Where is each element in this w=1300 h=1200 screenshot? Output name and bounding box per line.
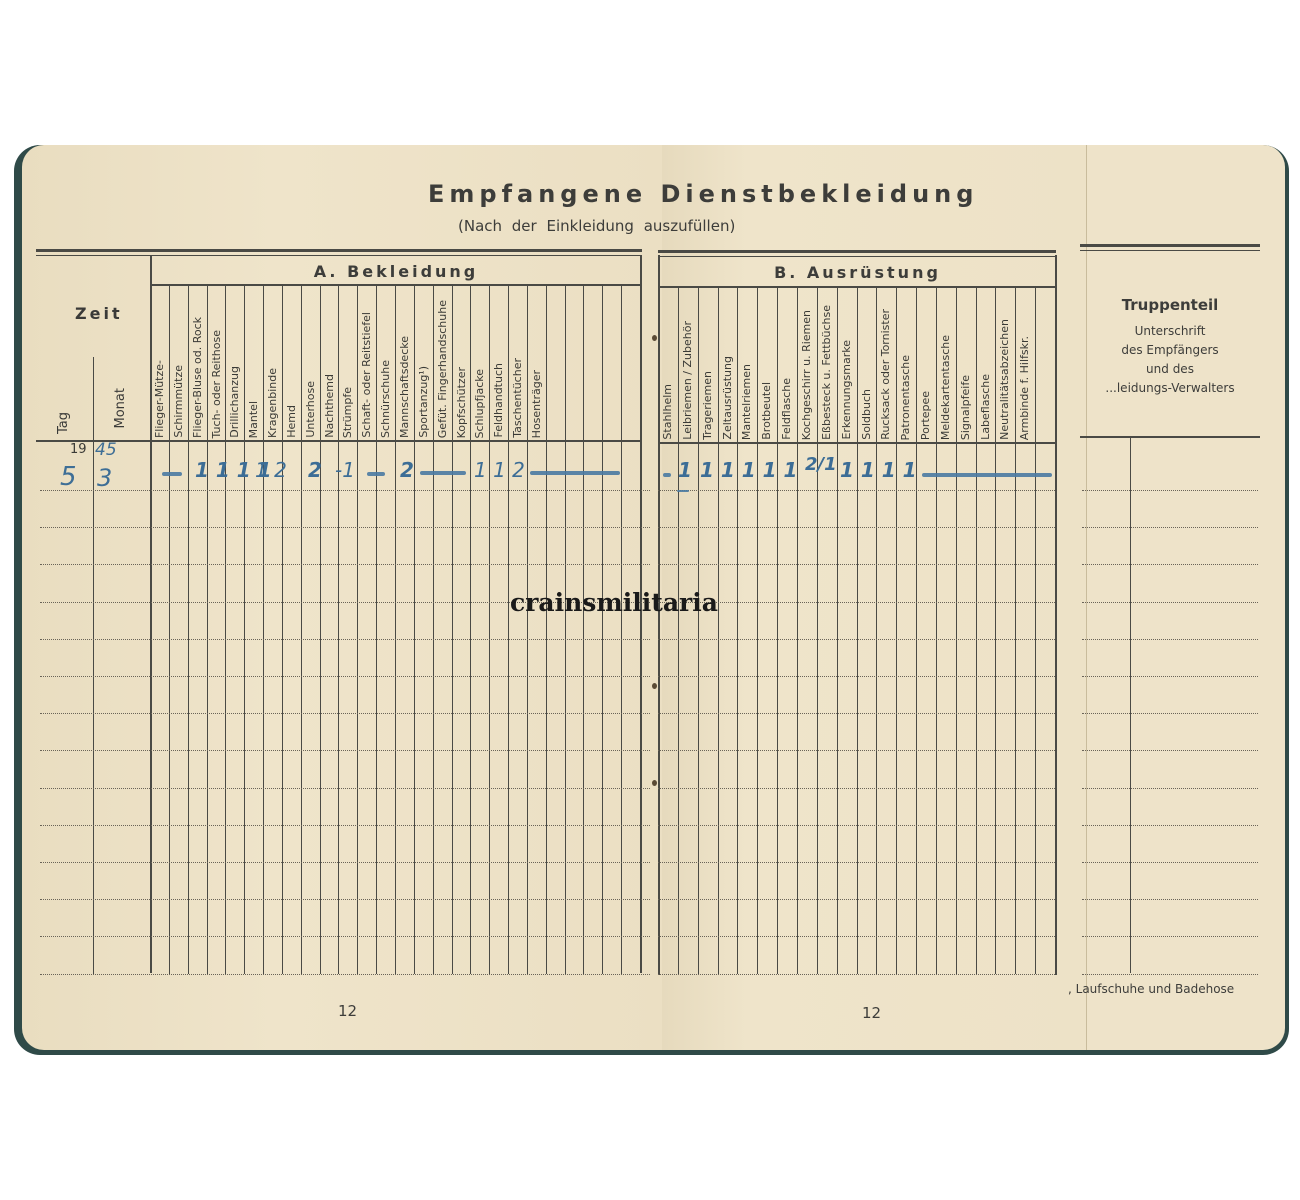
entry-row-line[interactable] bbox=[1082, 788, 1258, 789]
column-header-b: Portepee bbox=[920, 391, 931, 440]
column-divider bbox=[376, 286, 377, 974]
column-divider bbox=[817, 288, 818, 974]
column-header-a: Hosenträger bbox=[531, 370, 542, 438]
column-divider bbox=[169, 286, 170, 974]
truppenteil-label: Truppenteil bbox=[1080, 296, 1260, 314]
entry-row-line[interactable] bbox=[1082, 676, 1258, 677]
section-b-right-border bbox=[1055, 255, 1057, 975]
column-header-b: Zeltausrüstung bbox=[722, 356, 733, 440]
ink-entry: 2 bbox=[400, 458, 414, 482]
column-divider bbox=[433, 286, 434, 974]
column-header-b: Feldflasche bbox=[781, 378, 792, 440]
column-header-b: Brotbeutel bbox=[761, 382, 772, 440]
entry-row-line[interactable] bbox=[40, 713, 650, 714]
column-divider bbox=[470, 286, 471, 974]
column-divider bbox=[244, 286, 245, 974]
zeit-label: Zeit bbox=[75, 304, 123, 323]
entry-row-line[interactable] bbox=[40, 788, 650, 789]
column-header-b: Leibriemen / Zubehör bbox=[682, 321, 693, 440]
section-a-left-border bbox=[150, 255, 152, 973]
entry-row-line[interactable] bbox=[40, 974, 650, 975]
column-divider bbox=[546, 286, 547, 974]
ink-entry: -1 bbox=[335, 458, 355, 482]
ink-entry: 1 bbox=[678, 458, 692, 482]
column-divider bbox=[777, 288, 778, 974]
column-divider bbox=[718, 288, 719, 974]
column-header-a: Kopfschützer bbox=[456, 367, 467, 438]
entry-row-line[interactable] bbox=[40, 825, 650, 826]
top-rule-left-thin bbox=[36, 255, 642, 256]
column-header-a: Flieger-Bluse od. Rock bbox=[192, 317, 203, 438]
column-divider bbox=[995, 288, 996, 974]
column-divider bbox=[188, 286, 189, 974]
flap-divider bbox=[1130, 438, 1131, 973]
column-header-a: Unterhose bbox=[305, 381, 316, 438]
tag-handwritten: 5 bbox=[60, 462, 77, 492]
year-prefix: 19 bbox=[70, 442, 87, 457]
column-divider bbox=[876, 288, 877, 974]
column-header-b: Mantelriemen bbox=[741, 364, 752, 440]
column-divider bbox=[338, 286, 339, 974]
entry-row-line[interactable] bbox=[1082, 713, 1258, 714]
staple-hole bbox=[652, 335, 657, 341]
monat-label: Monat bbox=[113, 388, 128, 428]
column-header-a: Schirmmütze bbox=[173, 365, 184, 438]
column-divider bbox=[1035, 288, 1036, 974]
flap-line-3: und des bbox=[1080, 362, 1260, 376]
entry-row-line[interactable] bbox=[1082, 639, 1258, 640]
column-header-b: Meldekartentasche bbox=[940, 335, 951, 440]
column-divider bbox=[489, 286, 490, 974]
column-divider bbox=[207, 286, 208, 974]
column-divider bbox=[936, 288, 937, 974]
column-header-a: Kragenbinde bbox=[267, 368, 278, 438]
column-divider bbox=[583, 286, 584, 974]
section-b-label: B. Ausrüstung bbox=[658, 263, 1057, 282]
entry-row-line[interactable] bbox=[658, 639, 1055, 640]
entry-row-line[interactable] bbox=[40, 899, 650, 900]
column-header-a: Feldhandtuch bbox=[493, 363, 504, 438]
entry-row-line[interactable] bbox=[40, 676, 650, 677]
entry-row-line[interactable] bbox=[40, 527, 650, 528]
column-header-b: Signalpfeife bbox=[960, 375, 971, 440]
page-number-right: 12 bbox=[862, 1004, 881, 1022]
column-header-b: Soldbuch bbox=[861, 389, 872, 440]
ink-dash bbox=[367, 472, 385, 476]
page-title: Empfangene Dienstbekleidung bbox=[428, 180, 978, 208]
entry-row-line[interactable] bbox=[40, 750, 650, 751]
fold-out-flap bbox=[1086, 145, 1285, 1050]
entry-row-line[interactable] bbox=[40, 490, 650, 491]
column-header-b: Trageriemen bbox=[702, 371, 713, 440]
staple-hole bbox=[652, 683, 657, 689]
ink-entry: 1 1 1 1 bbox=[840, 458, 917, 482]
column-divider bbox=[301, 286, 302, 974]
ink-underline bbox=[677, 490, 689, 492]
flap-rule-top-thin bbox=[1080, 250, 1260, 251]
flap-line-2: des Empfängers bbox=[1080, 343, 1260, 357]
section-a-header-rule bbox=[150, 284, 642, 286]
flap-header-rule bbox=[1080, 436, 1260, 438]
section-a-label: A. Bekleidung bbox=[150, 262, 642, 281]
entry-row-line[interactable] bbox=[1082, 564, 1258, 565]
column-divider bbox=[797, 288, 798, 974]
entry-row-line[interactable] bbox=[658, 750, 1055, 751]
column-divider bbox=[508, 286, 509, 974]
page-number-left: 12 bbox=[338, 1002, 357, 1020]
entry-row-line[interactable] bbox=[1082, 750, 1258, 751]
entry-row-line[interactable] bbox=[658, 527, 1055, 528]
ink-entry: 1 1 2 bbox=[474, 458, 525, 482]
ink-dash bbox=[420, 471, 466, 475]
column-header-a: Mannschaftsdecke bbox=[399, 336, 410, 438]
column-divider bbox=[896, 288, 897, 974]
column-divider bbox=[737, 288, 738, 974]
top-rule-left bbox=[36, 249, 642, 252]
column-divider bbox=[678, 288, 679, 974]
entry-row-line[interactable] bbox=[1082, 862, 1258, 863]
column-header-b: Patronentasche bbox=[900, 355, 911, 441]
entry-row-line[interactable] bbox=[658, 713, 1055, 714]
entry-row-line[interactable] bbox=[658, 825, 1055, 826]
column-divider bbox=[837, 288, 838, 974]
ink-entry: 1 1 1 1 1 bbox=[700, 458, 797, 482]
column-header-a: Hemd bbox=[286, 405, 297, 438]
entry-row-line[interactable] bbox=[1082, 490, 1258, 491]
entry-row-line[interactable] bbox=[1082, 936, 1258, 937]
column-header-a: Gefüt. Fingerhandschuhe bbox=[437, 300, 448, 438]
column-header-a: Schaft- oder Reitstiefel bbox=[361, 312, 372, 438]
page-subtitle: (Nach der Einkleidung auszufüllen) bbox=[458, 217, 735, 235]
column-header-b: Armbinde f. Hilfskr. bbox=[1019, 336, 1030, 440]
column-header-a: Schnürschuhe bbox=[380, 360, 391, 438]
entry-row-line[interactable] bbox=[1082, 974, 1258, 975]
year-suffix-handwritten: 45 bbox=[95, 440, 117, 460]
column-header-b: Eßbesteck u. Fettbüchse bbox=[821, 305, 832, 440]
column-divider bbox=[565, 286, 566, 974]
entry-row-line[interactable] bbox=[658, 564, 1055, 565]
column-divider bbox=[320, 286, 321, 974]
ink-dash bbox=[922, 473, 1052, 477]
column-header-a: Nachthemd bbox=[324, 374, 335, 438]
monat-handwritten: 3 bbox=[97, 464, 112, 492]
column-divider bbox=[956, 288, 957, 974]
column-divider bbox=[527, 286, 528, 974]
column-divider bbox=[357, 286, 358, 974]
ink-entry: 1 2 bbox=[255, 458, 287, 482]
column-header-a: Taschentücher bbox=[512, 358, 523, 438]
ink-entry: 2/1 bbox=[805, 454, 837, 475]
ink-dash bbox=[663, 473, 671, 477]
entry-row-line[interactable] bbox=[658, 676, 1055, 677]
column-divider bbox=[698, 288, 699, 974]
tag-monat-divider bbox=[93, 357, 94, 974]
column-header-a: Sportanzug¹) bbox=[418, 366, 429, 438]
entry-row-line[interactable] bbox=[1082, 527, 1258, 528]
entry-row-line[interactable] bbox=[658, 974, 1055, 975]
column-divider bbox=[621, 286, 622, 974]
column-divider bbox=[1015, 288, 1016, 974]
column-header-a: Mantel bbox=[248, 401, 259, 438]
entry-row-line[interactable] bbox=[40, 564, 650, 565]
entry-row-line[interactable] bbox=[1082, 899, 1258, 900]
column-divider bbox=[414, 286, 415, 974]
top-rule-right-thin bbox=[658, 256, 1056, 257]
flap-rule-top bbox=[1080, 244, 1260, 247]
column-header-b: Neutralitätsabzeichen bbox=[999, 319, 1010, 440]
top-rule-right bbox=[658, 250, 1056, 253]
entry-row-line[interactable] bbox=[658, 788, 1055, 789]
column-header-a: Flieger-Mütze- bbox=[154, 360, 165, 438]
entry-row-line[interactable] bbox=[658, 490, 1055, 491]
column-divider bbox=[263, 286, 264, 974]
column-divider bbox=[976, 288, 977, 974]
column-header-b: Stahlhelm bbox=[662, 384, 673, 440]
column-divider bbox=[916, 288, 917, 974]
column-header-b: Kochgeschirr u. Riemen bbox=[801, 310, 812, 440]
ink-dash bbox=[162, 472, 182, 476]
column-divider bbox=[282, 286, 283, 974]
entry-row-line[interactable] bbox=[658, 862, 1055, 863]
column-divider bbox=[395, 286, 396, 974]
entry-row-line[interactable] bbox=[1082, 825, 1258, 826]
ink-dash bbox=[530, 471, 620, 475]
column-header-a: Drillichanzug bbox=[229, 366, 240, 438]
column-divider bbox=[857, 288, 858, 974]
ink-entry: 2 bbox=[308, 458, 322, 482]
column-header-a: Schlupfjacke bbox=[474, 369, 485, 438]
entry-row-line[interactable] bbox=[658, 936, 1055, 937]
column-header-a: Tuch- oder Reithose bbox=[211, 330, 222, 439]
column-header-b: Rucksack oder Tornister bbox=[880, 309, 891, 440]
column-header-a: Strümpfe bbox=[342, 387, 353, 438]
column-header-b: Erkennungsmarke bbox=[841, 340, 852, 440]
staple-hole bbox=[652, 780, 657, 786]
column-divider bbox=[757, 288, 758, 974]
entry-row-line[interactable] bbox=[40, 862, 650, 863]
entry-row-line[interactable] bbox=[40, 639, 650, 640]
entry-row-line[interactable] bbox=[1082, 602, 1258, 603]
footnote: , Laufschuhe und Badehose bbox=[1068, 982, 1234, 996]
flap-line-4: ...leidungs-Verwalters bbox=[1080, 381, 1260, 395]
flap-line-1: Unterschrift bbox=[1080, 324, 1260, 338]
entry-row-line[interactable] bbox=[658, 899, 1055, 900]
column-divider bbox=[452, 286, 453, 974]
watermark: crainsmilitaria bbox=[510, 588, 718, 617]
column-header-b: Labeflasche bbox=[980, 374, 991, 440]
column-divider bbox=[225, 286, 226, 974]
entry-row-line[interactable] bbox=[40, 936, 650, 937]
column-divider bbox=[602, 286, 603, 974]
tag-label: Tag bbox=[56, 412, 71, 434]
